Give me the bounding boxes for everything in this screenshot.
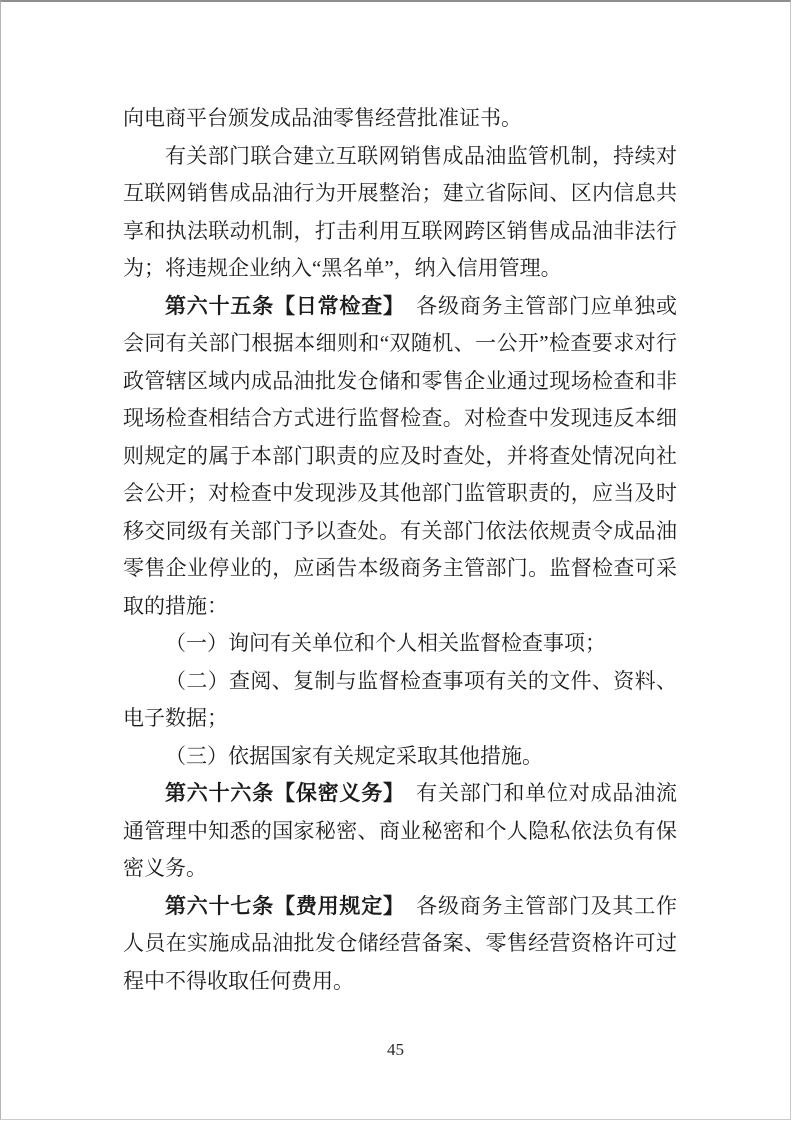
paragraph: （一）询问有关单位和个人相关监督检查事项；: [123, 625, 677, 663]
text-run: 向电商平台颁发成品油零售经营批准证书。: [123, 106, 522, 130]
paragraph: 向电商平台颁发成品油零售经营批准证书。: [123, 100, 677, 138]
paragraph: 第六十六条【保密义务】 有关部门和单位对成品油流通管理中知悉的国家秘密、商业秘密…: [123, 775, 677, 888]
document-body: 向电商平台颁发成品油零售经营批准证书。有关部门联合建立互联网销售成品油监管机制，…: [123, 100, 677, 1000]
text-run: 有关部门联合建立互联网销售成品油监管机制，持续对互联网销售成品油行为开展整治；建…: [123, 144, 677, 281]
text-run: （三）依据国家有关规定采取其他措施。: [165, 744, 543, 768]
paragraph: 第六十七条【费用规定】 各级商务主管部门及其工作人员在实施成品油批发仓储经营备案…: [123, 888, 677, 1001]
article-heading: 第六十六条【保密义务】: [165, 781, 394, 805]
page-number: 45: [1, 1040, 790, 1060]
article-heading: 第六十七条【费用规定】: [165, 894, 394, 918]
paragraph: 第六十五条【日常检查】 各级商务主管部门应单独或会同有关部门根据本细则和“双随机…: [123, 288, 677, 626]
text-run: （一）询问有关单位和个人相关监督检查事项；: [165, 631, 606, 655]
paragraph: （二）查阅、复制与监督检查事项有关的文件、资料、电子数据；: [123, 663, 677, 738]
paragraph: 有关部门联合建立互联网销售成品油监管机制，持续对互联网销售成品油行为开展整治；建…: [123, 138, 677, 288]
article-heading: 第六十五条【日常检查】: [165, 294, 394, 318]
document-page: 向电商平台颁发成品油零售经营批准证书。有关部门联合建立互联网销售成品油监管机制，…: [0, 0, 791, 1120]
text-run: （二）查阅、复制与监督检查事项有关的文件、资料、电子数据；: [123, 669, 677, 731]
text-run: 各级商务主管部门应单独或会同有关部门根据本细则和“双随机、一公开”检查要求对行政…: [123, 294, 677, 618]
paragraph: （三）依据国家有关规定采取其他措施。: [123, 738, 677, 776]
